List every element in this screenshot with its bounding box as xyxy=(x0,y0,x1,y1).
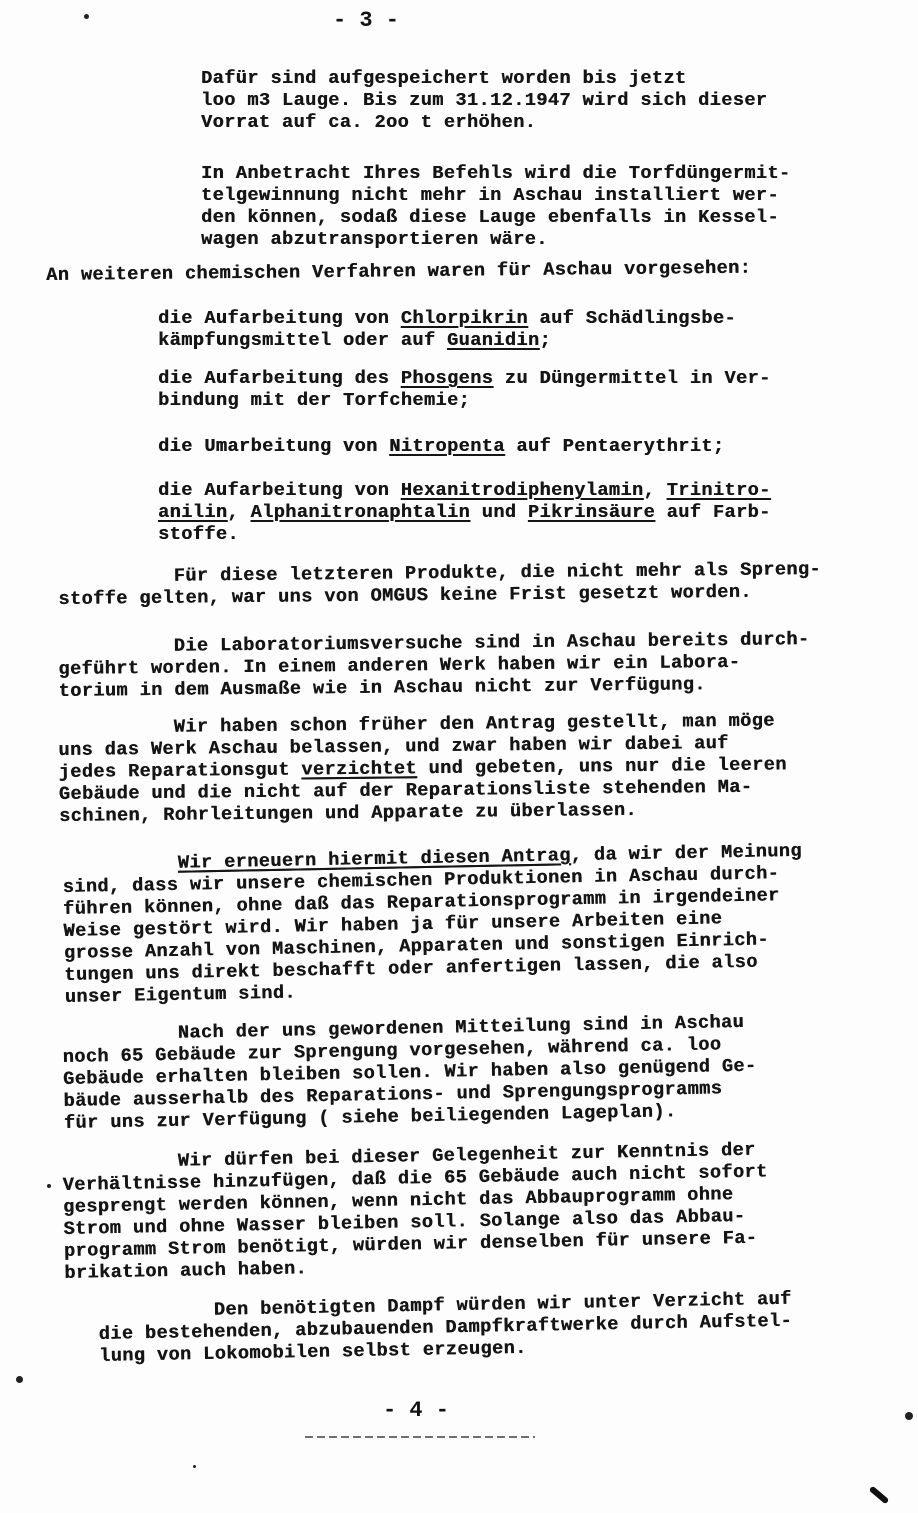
underlined-term: Nitropenta xyxy=(389,436,505,457)
text-line: An weiteren chemischen Verfahren waren f… xyxy=(46,258,751,287)
text-line: wagen abzutransportieren wäre. xyxy=(201,229,790,251)
list-item: die Aufarbeitung von Chlorpikrin auf Sch… xyxy=(158,308,736,352)
underlined-term: Hexanitrodiphenylamin xyxy=(401,480,644,501)
text-line: Dafür sind aufgespeichert worden bis jet… xyxy=(201,68,767,90)
text-line: Vorrat auf ca. 2oo t erhöhen. xyxy=(201,112,767,134)
page-number-bottom: - 4 - xyxy=(383,1398,449,1423)
list-item: die Aufarbeitung von Hexanitrodiphenylam… xyxy=(158,480,771,546)
text-line: die Aufarbeitung von Chlorpikrin auf Sch… xyxy=(158,308,736,330)
underlined-term: anilin xyxy=(158,502,227,523)
text-line: die Umarbeitung von Nitropenta auf Penta… xyxy=(158,436,724,458)
scan-artifact-line xyxy=(305,1436,535,1438)
scan-speck xyxy=(193,1465,196,1468)
list-item: die Aufarbeitung des Phosgens zu Düngerm… xyxy=(158,368,771,412)
text-line: stoffe. xyxy=(158,524,771,546)
text-line: loo m3 Lauge. Bis zum 31.12.1947 wird si… xyxy=(201,90,767,112)
text-line: In Anbetracht Ihres Befehls wird die Tor… xyxy=(201,163,790,185)
underlined-term: Pikrinsäure xyxy=(528,502,655,523)
paragraph-renewed-request: Wir erneuern hiermit diesen Antrag, da w… xyxy=(62,841,805,1009)
paragraph-steam: Den benötigten Dampf würden wir unter Ve… xyxy=(98,1289,793,1368)
underlined-term: Chlorpikrin xyxy=(401,308,528,329)
paragraph-demolition: Nach der uns gewordenen Mitteilung sind … xyxy=(62,1012,757,1135)
paragraph-power-supply: Wir dürfen bei dieser Gelegenheit zur Ke… xyxy=(62,1139,769,1285)
paragraph-order-note: In Anbetracht Ihres Befehls wird die Tor… xyxy=(201,163,790,251)
text-line: kämpfungsmittel oder auf Guanidin; xyxy=(158,330,736,352)
paragraph-further-processes: An weiteren chemischen Verfahren waren f… xyxy=(46,258,751,287)
scan-speck xyxy=(16,1376,23,1383)
text-line: den können, sodaß diese Lauge ebenfalls … xyxy=(201,207,790,229)
text-line: telgewinnung nicht mehr in Aschau instal… xyxy=(201,185,790,207)
text-line: anilin, Alphanitronaphtalin und Pikrinsä… xyxy=(158,502,771,524)
underlined-term: Alphanitronaphtalin xyxy=(250,502,470,523)
scan-speck xyxy=(905,1412,913,1420)
list-item: die Umarbeitung von Nitropenta auf Penta… xyxy=(158,436,724,458)
text-line: die Aufarbeitung von Hexanitrodiphenylam… xyxy=(158,480,771,502)
paragraph-omgus: Für diese letzteren Produkte, die nicht … xyxy=(58,559,821,611)
page-number-top: - 3 - xyxy=(333,8,399,33)
scan-speck xyxy=(84,14,89,19)
underlined-term: verzichtet xyxy=(301,758,417,780)
scan-mark xyxy=(869,1486,890,1505)
scan-speck xyxy=(47,1184,51,1188)
text-line: die Aufarbeitung des Phosgens zu Düngerm… xyxy=(158,368,771,390)
underlined-term: Phosgens xyxy=(401,368,493,389)
underlined-term: Trinitro- xyxy=(667,480,771,501)
paragraph-laboratory: Die Laboratoriumsversuche sind in Aschau… xyxy=(58,629,810,703)
underlined-term: Guanidin xyxy=(447,330,539,351)
paragraph-stored-lye: Dafür sind aufgespeichert worden bis jet… xyxy=(201,68,767,134)
document-page: - 3 - Dafür sind aufgespeichert worden b… xyxy=(0,0,918,1513)
paragraph-earlier-request: Wir haben schon früher den Antrag gestel… xyxy=(58,710,787,828)
text-line: bindung mit der Torfchemie; xyxy=(158,390,771,412)
